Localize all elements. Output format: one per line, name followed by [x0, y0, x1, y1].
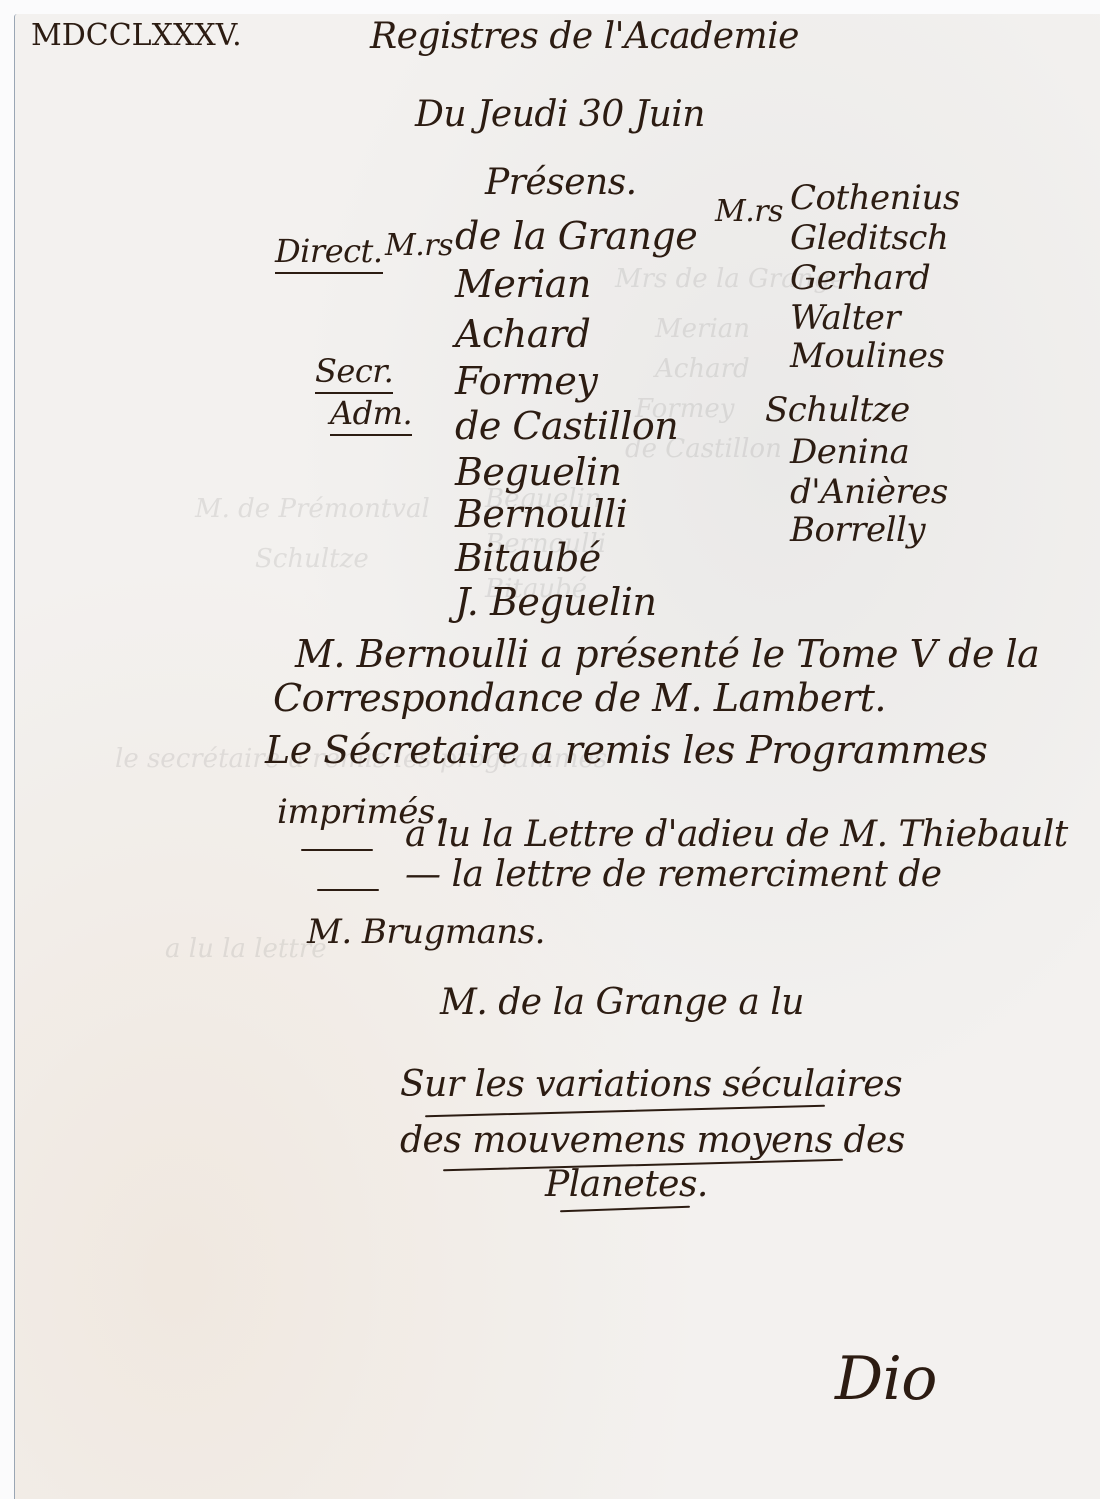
members-prefix-right: M.rs: [715, 194, 783, 229]
role-label-director: Direct.: [275, 232, 383, 274]
member-name: J. Beguelin: [455, 580, 656, 624]
member-name: Formey: [455, 359, 597, 403]
paper-title-line: Sur les variations séculaires: [400, 1064, 902, 1105]
member-name: Gerhard: [790, 258, 930, 298]
role-label-secretary: Secr.: [315, 352, 393, 394]
member-name: Bernoulli: [455, 492, 627, 536]
ghost-line: Merian: [655, 314, 750, 344]
member-name: de la Grange: [455, 214, 697, 258]
role-label-administrator: Adm.: [330, 394, 412, 436]
presens-heading: Présens.: [485, 162, 637, 203]
member-name: d'Anières: [790, 472, 948, 512]
minutes-line: M. Brugmans.: [307, 912, 545, 952]
member-name: Beguelin: [455, 450, 621, 494]
minutes-line: M. Bernoulli a présenté le Tome V de la: [295, 632, 1039, 676]
ghost-line: Schultze: [255, 544, 369, 574]
minutes-line: a lu la Lettre d'adieu de M. Thiebault: [405, 814, 1068, 855]
member-name: Borrelly: [790, 510, 925, 550]
member-name: de Castillon: [455, 404, 678, 448]
member-name: Achard: [455, 312, 590, 356]
title-underline: [425, 1105, 825, 1117]
paper-title-line: des mouvemens moyens des: [400, 1120, 905, 1161]
ditto-dash: [317, 889, 379, 891]
member-name: Schultze: [765, 390, 910, 430]
register-title: Registres de l'Academie: [370, 16, 799, 57]
minutes-line: M. de la Grange a lu: [440, 982, 804, 1023]
ghost-line: M. de Prémontval: [195, 494, 430, 524]
minutes-line: — la lettre de remerciment de: [405, 854, 942, 895]
members-prefix-left: M.rs: [385, 228, 453, 263]
minutes-line: Correspondance de M. Lambert.: [273, 676, 886, 720]
member-name: Denina: [790, 432, 909, 472]
minutes-line: Le Sécretaire a remis les Programmes: [265, 728, 987, 772]
member-name: Merian: [455, 262, 591, 306]
year-roman-numeral: MDCCLXXXV.: [31, 18, 242, 53]
member-name: Moulines: [790, 336, 944, 376]
member-name: Walter: [790, 298, 900, 338]
ghost-line: a lu la lettre: [165, 934, 327, 964]
member-name: Gleditsch: [790, 218, 948, 258]
ditto-dash: [301, 849, 373, 851]
title-underline: [560, 1206, 690, 1213]
meeting-date: Du Jeudi 30 Juin: [415, 94, 705, 135]
ghost-line: Achard: [655, 354, 750, 384]
member-name: Bitaubé: [455, 536, 601, 580]
manuscript-page: Mrs de la Grange Merian Achard Formey de…: [14, 14, 1100, 1499]
signature-flourish: Dio: [835, 1344, 937, 1414]
paper-title-line: Planetes.: [545, 1164, 708, 1205]
member-name: Cothenius: [790, 178, 960, 218]
